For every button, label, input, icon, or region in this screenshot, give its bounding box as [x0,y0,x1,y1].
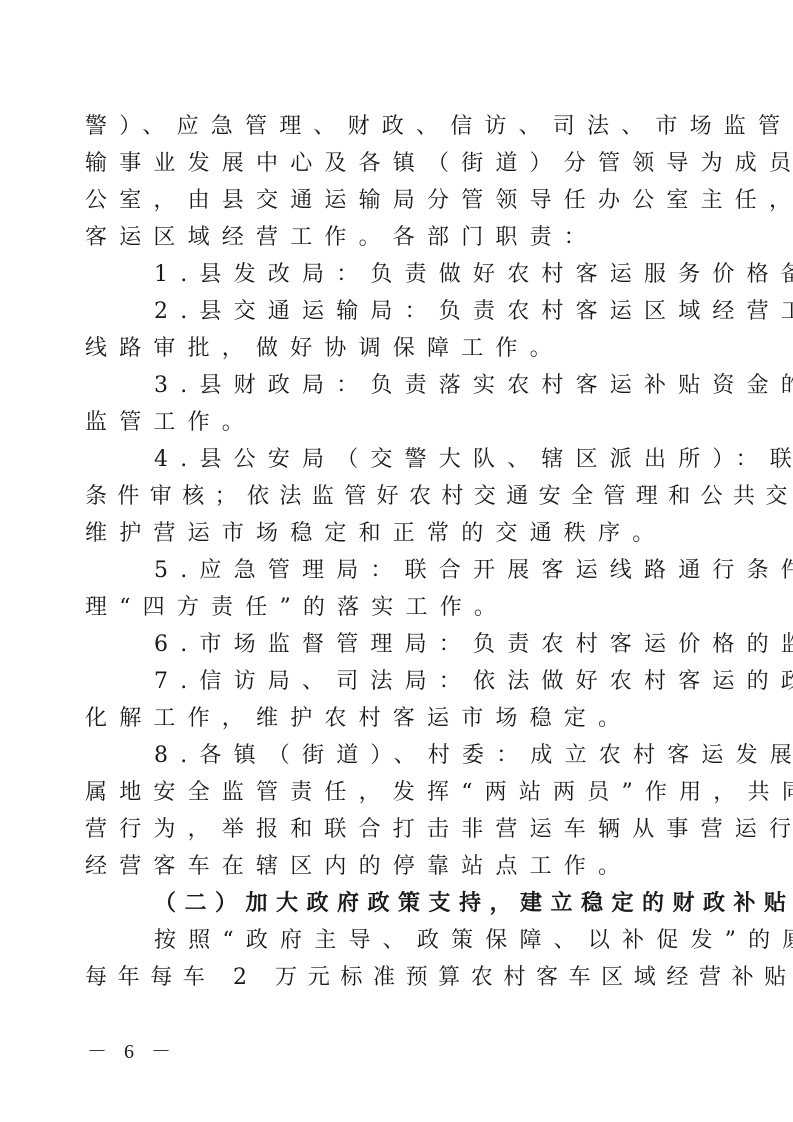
text-line: 每年每车 2 万元标准预算农村客车区域经营补贴。具体补助对象按 [85,959,709,996]
text-line: 经营客车在辖区内的停靠站点工作。 [85,848,709,885]
list-item-4: 4.县公安局（交警大队、辖区派出所）：联合开展客运线路通行 [85,441,709,478]
list-item-3: 3.县财政局：负责落实农村客运补贴资金的保障和资金使用的 [85,367,709,404]
paragraph-start: 按照“政府主导、政策保障、以补促发”的原则，县财政按照 [85,922,709,959]
text-line: 警）、应急管理、财政、信访、司法、市场监管局分管领导、交通运 [85,108,709,145]
text-line: 监管工作。 [85,404,709,441]
text-line: 属地安全监管责任，发挥“两站两员”作用，共同监督通村客运经 [85,774,709,811]
text-line: 理“四方责任”的落实工作。 [85,589,709,626]
text-line: 输事业发展中心及各镇（街道）分管领导为成员。领导小组下设办 [85,145,709,182]
text-line: 公室，由县交通运输局分管领导任办公室主任，具体负责我县农村 [85,182,709,219]
text-line: 化解工作，维护农村客运市场稳定。 [85,700,709,737]
list-item-2: 2.县交通运输局：负责农村客运区域经营工作具体组织实施， [85,293,709,330]
text-line: 营行为，举报和联合打击非营运车辆从事营运行为；协调落实区域 [85,811,709,848]
text-line: 线路审批，做好协调保障工作。 [85,330,709,367]
list-item-8: 8.各镇（街道）、村委：成立农村客运发展工作专班，切实履行 [85,737,709,774]
text-line: 客运区域经营工作。各部门职责： [85,219,709,256]
page-number: － 6 － [87,1040,177,1064]
list-item-7: 7.信访局、司法局：依法做好农村客运的政策解释和信访矛盾 [85,663,709,700]
list-item-5: 5.应急管理局：联合开展客运线路通行条件审核；监督安全管 [85,552,709,589]
section-heading: （二）加大政府政策支持，建立稳定的财政补贴机制 [85,885,709,922]
text-line: 维护营运市场稳定和正常的交通秩序。 [85,515,709,552]
document-body: 警）、应急管理、财政、信访、司法、市场监管局分管领导、交通运 输事业发展中心及各… [85,108,709,996]
text-line: 条件审核；依法监管好农村交通安全管理和公共交通维稳管控工作， [85,478,709,515]
list-item-6: 6.市场监督管理局：负责农村客运价格的监督检查。 [85,626,709,663]
list-item-1: 1.县发改局：负责做好农村客运服务价格备案工作。 [85,256,709,293]
